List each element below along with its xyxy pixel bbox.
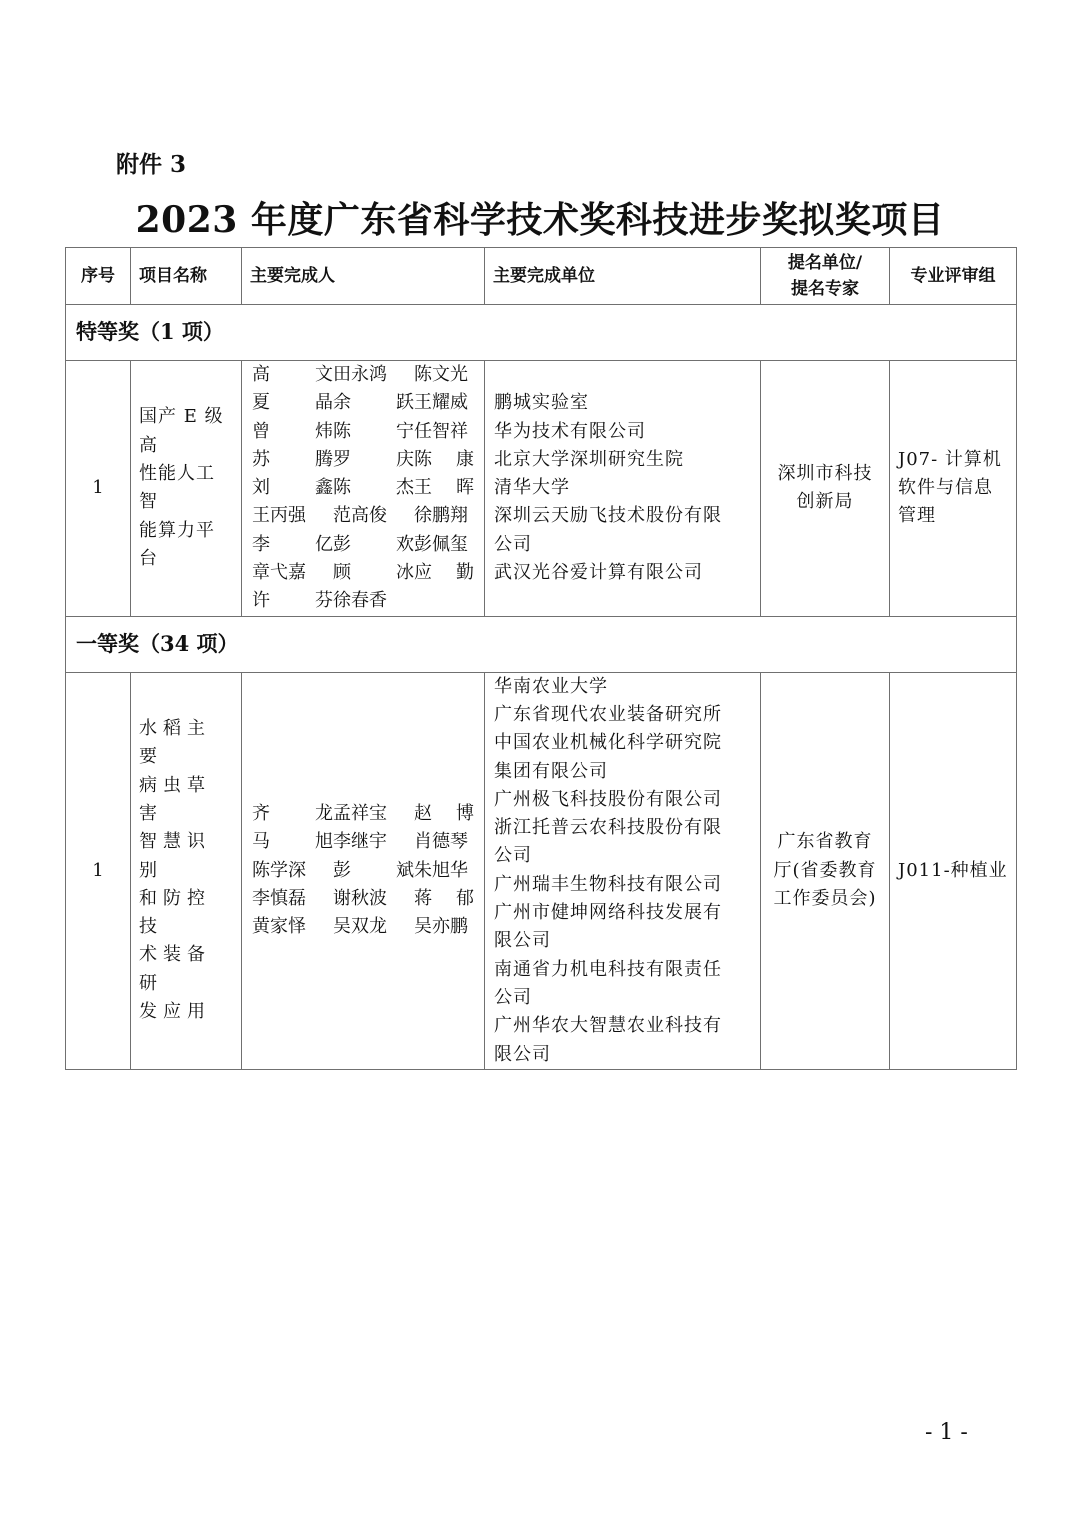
person-name: 任智祥 xyxy=(414,418,474,446)
person-name-part: 芬 xyxy=(315,587,333,615)
person-name: 陈学深 xyxy=(252,857,333,885)
cell-main-orgs: 鹏城实验室华为技术有限公司北京大学深圳研究生院清华大学深圳云天励飞技术股份有限公… xyxy=(485,361,761,617)
person-name: 顾冰 xyxy=(333,559,414,587)
person-name-part: 晶 xyxy=(315,389,333,417)
person-name: 陈康 xyxy=(414,446,474,474)
cell-no: 1 xyxy=(66,361,131,617)
header-main-orgs: 主要完成单位 xyxy=(485,248,761,305)
person-name: 曾炜 xyxy=(252,418,333,446)
person-name: 田永鸿 xyxy=(333,361,414,389)
person-name: 赵博 xyxy=(414,800,474,828)
org-line: 广州瑞丰生物科技有限公司 xyxy=(494,871,752,899)
org-line: 公司 xyxy=(494,984,752,1012)
header-main-people: 主要完成人 xyxy=(242,248,485,305)
org-line: 公司 xyxy=(494,842,752,870)
people-row: 苏腾罗庆陈康 xyxy=(252,446,476,474)
people-row: 章弋嘉顾冰应勤 xyxy=(252,559,476,587)
section-row: 特等奖（1 项） xyxy=(66,305,1017,361)
group-line: 管理 xyxy=(898,502,1008,530)
person-name: 吴亦鹏 xyxy=(414,913,474,941)
person-name xyxy=(414,587,474,615)
person-name: 范高俊 xyxy=(333,502,414,530)
person-name: 齐龙 xyxy=(252,800,333,828)
cell-review-group: J07- 计算机软件与信息管理 xyxy=(890,361,1017,617)
person-name-part: 王 xyxy=(414,474,432,502)
person-name: 王晖 xyxy=(414,474,474,502)
cell-main-people: 高文田永鸿陈文光夏晶余跃王耀威曾炜陈宁任智祥苏腾罗庆陈康刘鑫陈杰王晖王丙强范高俊… xyxy=(242,361,485,617)
person-name-part: 顾 xyxy=(333,559,351,587)
org-line: 广州华农大智慧农业科技有 xyxy=(494,1012,752,1040)
header-nominator-line2: 提名专家 xyxy=(769,276,881,302)
person-name: 李慎磊 xyxy=(252,885,333,913)
project-name-line: 能算力平台 xyxy=(139,517,233,574)
project-name-line: 术装备研 xyxy=(139,941,233,998)
attachment-label: 附件 3 xyxy=(116,146,186,179)
person-name-part: 龙 xyxy=(315,800,333,828)
person-name: 刘鑫 xyxy=(252,474,333,502)
nominator-line: 创新局 xyxy=(769,488,881,516)
header-project-name: 项目名称 xyxy=(131,248,242,305)
person-name: 陈宁 xyxy=(333,418,414,446)
person-name-part: 文 xyxy=(315,361,333,389)
person-name-part: 余 xyxy=(333,389,351,417)
person-name-part: 陈 xyxy=(414,446,432,474)
person-name-part: 康 xyxy=(456,446,474,474)
person-name-part: 夏 xyxy=(252,389,270,417)
people-row: 李慎磊谢秋波蒋郁 xyxy=(252,885,476,913)
org-line: 武汉光谷爱计算有限公司 xyxy=(494,559,752,587)
person-name: 黄家怿 xyxy=(252,913,333,941)
table-header-row: 序号 项目名称 主要完成人 主要完成单位 提名单位/ 提名专家 专业评审组 xyxy=(66,248,1017,305)
section-label: 一等奖（34 项） xyxy=(66,616,1017,672)
person-name: 章弋嘉 xyxy=(252,559,333,587)
person-name-part: 彭 xyxy=(333,857,351,885)
person-name: 王丙强 xyxy=(252,502,333,530)
person-name-part: 李 xyxy=(252,531,270,559)
people-row: 许芬徐春香 xyxy=(252,587,476,615)
people-row: 高文田永鸿陈文光 xyxy=(252,361,476,389)
org-line: 华为技术有限公司 xyxy=(494,418,752,446)
project-name-line: 智慧识别 xyxy=(139,828,233,885)
person-name: 王耀威 xyxy=(414,389,474,417)
person-name-part: 马 xyxy=(252,828,270,856)
cell-main-people: 齐龙孟祥宝赵博马旭李继宇肖德琴陈学深彭斌朱旭华李慎磊谢秋波蒋郁黄家怿吴双龙吴亦鹏 xyxy=(242,672,485,1069)
person-name: 陈杰 xyxy=(333,474,414,502)
person-name-part: 庆 xyxy=(396,446,414,474)
person-name: 徐鹏翔 xyxy=(414,502,474,530)
person-name-part: 彭 xyxy=(333,531,351,559)
people-row: 曾炜陈宁任智祥 xyxy=(252,418,476,446)
org-line: 北京大学深圳研究生院 xyxy=(494,446,752,474)
project-name-line: 性能人工智 xyxy=(139,460,233,517)
section-row: 一等奖（34 项） xyxy=(66,616,1017,672)
cell-nominator: 广东省教育厅(省委教育工作委员会) xyxy=(761,672,890,1069)
person-name-part: 齐 xyxy=(252,800,270,828)
person-name: 吴双龙 xyxy=(333,913,414,941)
org-line: 浙江托普云农科技股份有限 xyxy=(494,814,752,842)
person-name: 应勤 xyxy=(414,559,474,587)
org-line: 中国农业机械化科学研究院 xyxy=(494,729,752,757)
section-label: 特等奖（1 项） xyxy=(66,305,1017,361)
person-name: 高文 xyxy=(252,361,333,389)
person-name: 蒋郁 xyxy=(414,885,474,913)
org-line: 广州市健坤网络科技发展有 xyxy=(494,899,752,927)
person-name: 谢秋波 xyxy=(333,885,414,913)
org-line: 限公司 xyxy=(494,927,752,955)
table-row: 1国产 E 级高性能人工智能算力平台高文田永鸿陈文光夏晶余跃王耀威曾炜陈宁任智祥… xyxy=(66,361,1017,617)
people-row: 马旭李继宇肖德琴 xyxy=(252,828,476,856)
nominator-line: 厅(省委教育 xyxy=(769,857,881,885)
cell-project-name: 国产 E 级高性能人工智能算力平台 xyxy=(131,361,242,617)
people-row: 黄家怿吴双龙吴亦鹏 xyxy=(252,913,476,941)
group-line: J07- 计算机 xyxy=(898,446,1008,474)
person-name: 许芬 xyxy=(252,587,333,615)
person-name-part: 博 xyxy=(456,800,474,828)
org-line: 集团有限公司 xyxy=(494,758,752,786)
cell-no: 1 xyxy=(66,672,131,1069)
cell-main-orgs: 华南农业大学广东省现代农业装备研究所中国农业机械化科学研究院集团有限公司广州极飞… xyxy=(485,672,761,1069)
nominator-line: 工作委员会) xyxy=(769,885,881,913)
people-row: 齐龙孟祥宝赵博 xyxy=(252,800,476,828)
header-no: 序号 xyxy=(66,248,131,305)
nominator-line: 广东省教育 xyxy=(769,828,881,856)
header-nominator: 提名单位/ 提名专家 xyxy=(761,248,890,305)
person-name-part: 应 xyxy=(414,559,432,587)
award-table: 序号 项目名称 主要完成人 主要完成单位 提名单位/ 提名专家 专业评审组 特等… xyxy=(65,247,1017,1070)
person-name-part: 陈 xyxy=(333,474,351,502)
person-name: 李继宇 xyxy=(333,828,414,856)
page-number: - 1 - xyxy=(925,1420,968,1445)
cell-review-group: J011-种植业 xyxy=(890,672,1017,1069)
person-name-part: 宁 xyxy=(396,418,414,446)
header-nominator-line1: 提名单位/ xyxy=(769,250,881,276)
person-name-part: 杰 xyxy=(396,474,414,502)
person-name-part: 腾 xyxy=(315,446,333,474)
table-body: 特等奖（1 项）1国产 E 级高性能人工智能算力平台高文田永鸿陈文光夏晶余跃王耀… xyxy=(66,305,1017,1070)
person-name: 孟祥宝 xyxy=(333,800,414,828)
person-name-part: 陈 xyxy=(333,418,351,446)
person-name: 彭斌 xyxy=(333,857,414,885)
person-name-part: 赵 xyxy=(414,800,432,828)
person-name: 彭欢 xyxy=(333,531,414,559)
person-name: 苏腾 xyxy=(252,446,333,474)
person-name-part: 蒋 xyxy=(414,885,432,913)
org-line: 限公司 xyxy=(494,1041,752,1069)
person-name: 马旭 xyxy=(252,828,333,856)
people-row: 王丙强范高俊徐鹏翔 xyxy=(252,502,476,530)
person-name: 李亿 xyxy=(252,531,333,559)
project-name-line: 国产 E 级高 xyxy=(139,403,233,460)
person-name: 朱旭华 xyxy=(414,857,474,885)
table-row: 1水稻主要病虫草害智慧识别和防控技术装备研发应用齐龙孟祥宝赵博马旭李继宇肖德琴陈… xyxy=(66,672,1017,1069)
project-name-line: 发应用 xyxy=(139,998,233,1026)
person-name: 陈文光 xyxy=(414,361,474,389)
project-name-line: 和防控技 xyxy=(139,885,233,942)
project-name-line: 水稻主要 xyxy=(139,715,233,772)
person-name-part: 勤 xyxy=(456,559,474,587)
cell-nominator: 深圳市科技创新局 xyxy=(761,361,890,617)
person-name-part: 罗 xyxy=(333,446,351,474)
person-name: 彭佩玺 xyxy=(414,531,474,559)
person-name-part: 鑫 xyxy=(315,474,333,502)
group-line: J011-种植业 xyxy=(898,857,1008,885)
person-name-part: 郁 xyxy=(456,885,474,913)
org-line: 深圳云天励飞技术股份有限 xyxy=(494,502,752,530)
org-line: 广州极飞科技股份有限公司 xyxy=(494,786,752,814)
people-row: 刘鑫陈杰王晖 xyxy=(252,474,476,502)
cell-project-name: 水稻主要病虫草害智慧识别和防控技术装备研发应用 xyxy=(131,672,242,1069)
person-name-part: 炜 xyxy=(315,418,333,446)
people-row: 李亿彭欢彭佩玺 xyxy=(252,531,476,559)
project-name-line: 病虫草害 xyxy=(139,772,233,829)
person-name-part: 斌 xyxy=(396,857,414,885)
person-name: 罗庆 xyxy=(333,446,414,474)
person-name-part: 亿 xyxy=(315,531,333,559)
document-title: 2023 年度广东省科学技术奖科技进步奖拟奖项目 xyxy=(0,192,1080,243)
person-name-part: 旭 xyxy=(315,828,333,856)
person-name-part: 跃 xyxy=(396,389,414,417)
nominator-line: 深圳市科技 xyxy=(769,460,881,488)
org-line: 鹏城实验室 xyxy=(494,389,752,417)
people-row: 夏晶余跃王耀威 xyxy=(252,389,476,417)
person-name-part: 晖 xyxy=(456,474,474,502)
person-name-part: 欢 xyxy=(396,531,414,559)
person-name: 徐春香 xyxy=(333,587,414,615)
person-name-part: 曾 xyxy=(252,418,270,446)
header-review-group: 专业评审组 xyxy=(890,248,1017,305)
person-name-part: 许 xyxy=(252,587,270,615)
person-name: 余跃 xyxy=(333,389,414,417)
org-line: 华南农业大学 xyxy=(494,673,752,701)
person-name-part: 高 xyxy=(252,361,270,389)
person-name: 夏晶 xyxy=(252,389,333,417)
people-row: 陈学深彭斌朱旭华 xyxy=(252,857,476,885)
person-name: 肖德琴 xyxy=(414,828,474,856)
org-line: 广东省现代农业装备研究所 xyxy=(494,701,752,729)
org-line: 南通省力机电科技有限责任 xyxy=(494,956,752,984)
org-line: 清华大学 xyxy=(494,474,752,502)
person-name-part: 苏 xyxy=(252,446,270,474)
group-line: 软件与信息 xyxy=(898,474,1008,502)
person-name-part: 刘 xyxy=(252,474,270,502)
person-name-part: 冰 xyxy=(396,559,414,587)
org-line: 公司 xyxy=(494,531,752,559)
